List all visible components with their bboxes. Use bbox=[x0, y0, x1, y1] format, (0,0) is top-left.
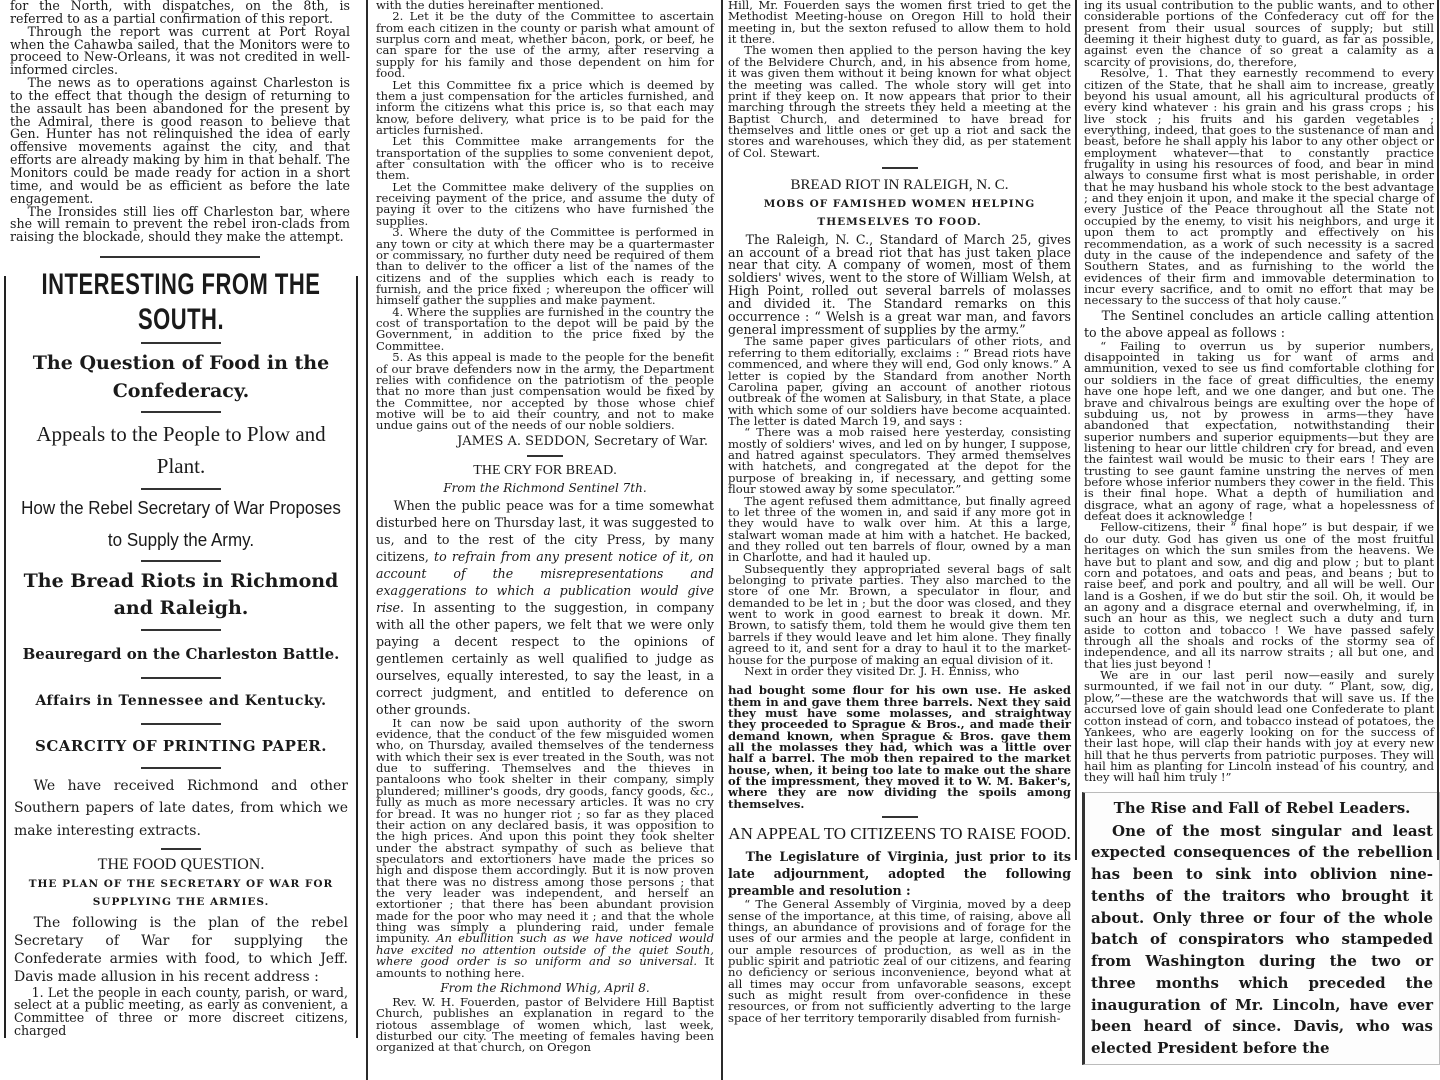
paragraph: When the public peace was for a time som… bbox=[376, 497, 714, 718]
column-rule bbox=[1075, 0, 1077, 860]
column-rule bbox=[366, 0, 368, 1080]
paragraph: It can now be said upon authority of the… bbox=[376, 718, 714, 979]
paragraph: Through the report was current at Port R… bbox=[10, 26, 350, 77]
paragraph: 5. As this appeal is made to the people … bbox=[376, 352, 714, 432]
deck-headline: SCARCITY OF PRINTING PAPER. bbox=[14, 737, 348, 755]
section-title: THE FOOD QUESTION. bbox=[14, 856, 348, 874]
paragraph: Let the Committee make delivery of the s… bbox=[376, 182, 714, 227]
divider bbox=[527, 455, 563, 457]
deck-headline: How the Rebel Secretary of War Proposes … bbox=[14, 493, 348, 557]
section-title: BREAD RIOT IN RALEIGH, N. C. bbox=[728, 177, 1071, 194]
section-title: THE CRY FOR BREAD. bbox=[376, 463, 714, 479]
paragraph: for the North, with dispatches, on the 8… bbox=[10, 0, 350, 26]
article-title: The Rise and Fall of Rebel Leaders. bbox=[1091, 799, 1433, 817]
text: It can now be said upon authority of the… bbox=[376, 716, 714, 946]
section-subtitle: MOBS OF FAMISHED WOMEN HELPING THEMSELVE… bbox=[728, 196, 1071, 232]
divider bbox=[141, 767, 221, 769]
paragraph: The news as to operations against Charle… bbox=[10, 77, 350, 205]
column-2: with the duties hereinafter mentioned. 2… bbox=[370, 0, 722, 1080]
divider bbox=[141, 342, 221, 344]
divider bbox=[100, 256, 260, 258]
paragraph: 4. Where the supplies are furnished in t… bbox=[376, 307, 714, 352]
source-line: From the Richmond Whig, April 8. bbox=[376, 981, 714, 995]
divider bbox=[141, 560, 221, 562]
paragraph: 2. Let it be the duty of the Committee t… bbox=[376, 11, 714, 79]
lead-paragraph: We have received Richmond and other Sout… bbox=[14, 775, 348, 842]
paragraph: The Sentinel concludes an article callin… bbox=[1084, 307, 1434, 341]
divider bbox=[882, 167, 918, 169]
section-subtitle: THE PLAN OF THE SECRETARY OF WAR FOR SUP… bbox=[14, 876, 348, 912]
paragraph: Subsequently they appropriated several b… bbox=[728, 564, 1071, 666]
paragraph: Resolve, 1. That they earnestly recommen… bbox=[1084, 68, 1434, 307]
paragraph: The same paper gives particulars of othe… bbox=[728, 336, 1071, 427]
divider bbox=[161, 848, 201, 850]
headline-box: INTERESTING FROM THE SOUTH. The Question… bbox=[4, 276, 358, 1038]
paragraph: The Raleigh, N. C., Standard of March 25… bbox=[728, 234, 1071, 337]
paragraph: Let this Committee fix a price which is … bbox=[376, 80, 714, 137]
paragraph: The women then applied to the person hav… bbox=[728, 45, 1071, 159]
paragraph: 1. Let the people in each county, parish… bbox=[14, 987, 348, 1038]
deck-headline: The Bread Riots in Richmond and Raleigh. bbox=[14, 568, 348, 623]
paragraph: The Ironsides still lies off Charleston … bbox=[10, 206, 350, 245]
paragraph: The following is the plan of the rebel S… bbox=[14, 914, 348, 987]
signature: JAMES A. SEDDON, Secretary of War. bbox=[376, 434, 708, 449]
paragraph: “ The General Assembly of Virginia, move… bbox=[728, 899, 1071, 1024]
deck-headline: Appeals to the People to Plow and Plant. bbox=[14, 419, 348, 482]
main-headline: INTERESTING FROM THE SOUTH. bbox=[14, 267, 348, 337]
paragraph: The agent refused them admittance, but f… bbox=[728, 496, 1071, 564]
paragraph: “ There was a mob raised here yesterday,… bbox=[728, 427, 1071, 495]
divider bbox=[141, 677, 221, 679]
paragraph: Hill, Mr. Fouerden says the women first … bbox=[728, 0, 1071, 45]
divider bbox=[141, 629, 221, 631]
paragraph: had bought some flour for his own use. H… bbox=[728, 685, 1071, 810]
section-title: AN APPEAL TO CITIZEENS TO RAISE FOOD. bbox=[728, 824, 1071, 844]
source-line: From the Richmond Sentinel 7th. bbox=[376, 481, 714, 495]
column-rule bbox=[1437, 0, 1439, 860]
paragraph: We are in our last peril now—easily and … bbox=[1084, 670, 1434, 784]
article-rise-and-fall: The Rise and Fall of Rebel Leaders. One … bbox=[1082, 792, 1440, 1065]
column-3: Hill, Mr. Fouerden says the women first … bbox=[722, 0, 1077, 1080]
divider bbox=[141, 411, 221, 413]
paragraph: Let this Committee make arrangements for… bbox=[376, 136, 714, 181]
paragraph: Rev. W. H. Fouerden, pastor of Belvidere… bbox=[376, 997, 714, 1054]
divider bbox=[141, 488, 221, 490]
paragraph: The Legislature of Virginia, just prior … bbox=[728, 848, 1071, 899]
text: In assenting to the suggestion, in compa… bbox=[376, 600, 714, 717]
divider bbox=[882, 816, 918, 818]
paragraph: “ Failing to overrun us by superior numb… bbox=[1084, 341, 1434, 523]
column-1: for the North, with dispatches, on the 8… bbox=[0, 0, 362, 1080]
paragraph: One of the most singular and least expec… bbox=[1091, 821, 1433, 1060]
deck-headline: Beauregard on the Charleston Battle. bbox=[14, 645, 348, 663]
paragraph: 3. Where the duty of the Committee is pe… bbox=[376, 227, 714, 307]
deck-headline: Affairs in Tennessee and Kentucky. bbox=[14, 693, 348, 709]
paragraph: Next in order they visited Dr. J. H. Enn… bbox=[728, 666, 1071, 677]
divider bbox=[141, 723, 221, 725]
paragraph: ing its usual contribution to the public… bbox=[1084, 0, 1434, 68]
deck-headline: The Question of Food in the Confederacy. bbox=[14, 350, 348, 405]
column-4: ing its usual contribution to the public… bbox=[1078, 0, 1440, 1080]
paragraph: Fellow-citizens, their “ final hope” is … bbox=[1084, 522, 1434, 670]
